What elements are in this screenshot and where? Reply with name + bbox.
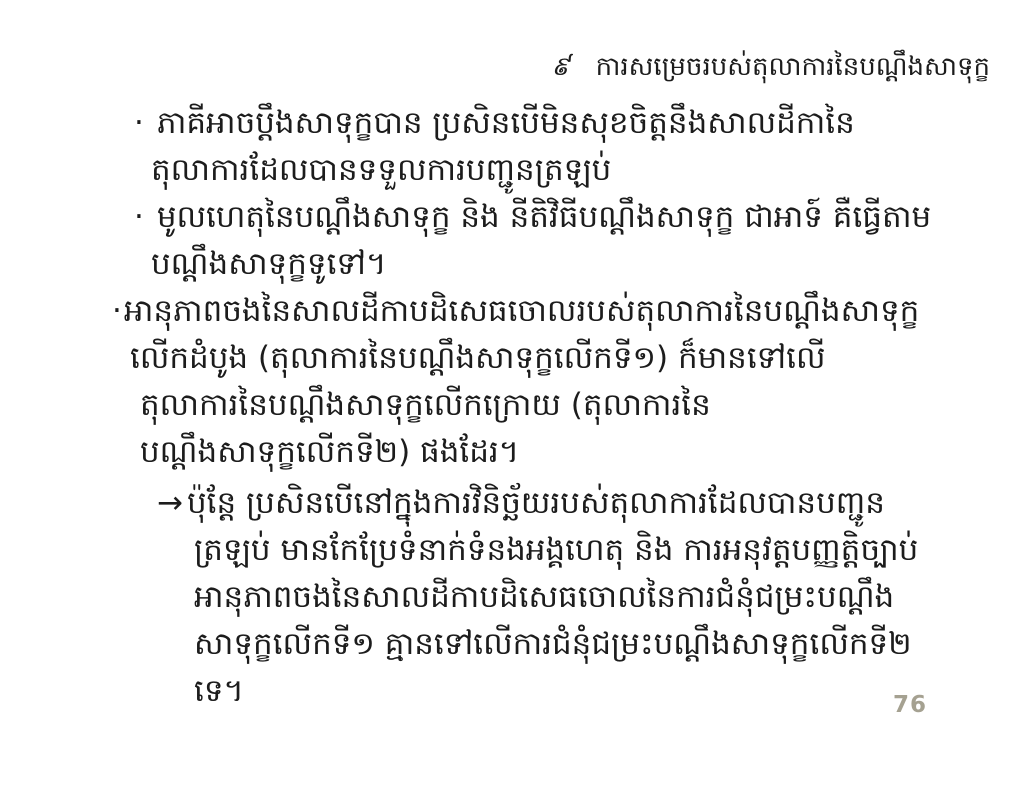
bullet-dot-icon: · — [112, 293, 122, 329]
bullet-line: តុលាការនៃបណ្ដឹងសាទុក្ខលើកក្រោយ (តុលាការន… — [112, 382, 972, 429]
note-text: ប៉ុន្តែ ប្រសិនបើនៅក្នុងការវិនិច្ឆ័យរបស់ត… — [187, 485, 885, 521]
slide-body: ·ភាគីអាចប្ដឹងសាទុក្ខបាន ប្រសិនបើមិនសុខចិ… — [112, 100, 972, 715]
note-paragraph: →ប៉ុន្តែ ប្រសិនបើនៅក្នុងការវិនិច្ឆ័យរបស់… — [112, 480, 972, 715]
bullet-line: បណ្ដឹងសាទុក្ខលើកទី២) ផងដែរ។ — [112, 429, 972, 476]
bullet-dot-icon: · — [134, 199, 144, 235]
note-line: អានុភាពចងនៃសាលដីកាបដិសេធចោលនៃការជំនុំជម្… — [112, 574, 972, 621]
bullet-text: មូលហេតុនៃបណ្ដឹងសាទុក្ខ និង នីតិវិធីបណ្ដឹ… — [157, 199, 931, 235]
bullet-item-2: ·មូលហេតុនៃបណ្ដឹងសាទុក្ខ និង នីតិវិធីបណ្ដ… — [112, 194, 972, 288]
bullet-line: តុលាការដែលបានទទួលការបញ្ជូនត្រឡប់ — [112, 147, 972, 194]
bullet-item-1: ·ភាគីអាចប្ដឹងសាទុក្ខបាន ប្រសិនបើមិនសុខចិ… — [112, 100, 972, 194]
title-number: ៩ — [551, 52, 569, 82]
note-line: ទេ។ — [112, 668, 972, 715]
bullet-line: ·អានុភាពចងនៃសាលដីកាបដិសេធចោលរបស់តុលាការន… — [112, 288, 972, 335]
bullet-item-3: ·អានុភាពចងនៃសាលដីកាបដិសេធចោលរបស់តុលាការន… — [112, 288, 972, 476]
note-line: →ប៉ុន្តែ ប្រសិនបើនៅក្នុងការវិនិច្ឆ័យរបស់… — [112, 480, 972, 527]
bullet-line: ·ភាគីអាចប្ដឹងសាទុក្ខបាន ប្រសិនបើមិនសុខចិ… — [112, 100, 972, 147]
note-line: សាទុក្ខលើកទី១ គ្មានទៅលើការជំនុំជម្រះបណ្ដ… — [112, 621, 972, 668]
slide: ៩ការសម្រេចរបស់តុលាការនៃបណ្ដឹងសាទុក្ខ ·ភា… — [0, 0, 1024, 791]
bullet-text: ភាគីអាចប្ដឹងសាទុក្ខបាន ប្រសិនបើមិនសុខចិត… — [157, 105, 855, 141]
bullet-text: អានុភាពចងនៃសាលដីកាបដិសេធចោលរបស់តុលាការនៃ… — [124, 293, 919, 329]
note-line: ត្រឡប់ មានកែប្រែទំនាក់ទំនងអង្គហេតុ និង ក… — [112, 527, 972, 574]
bullet-line: លើកដំបូង (តុលាការនៃបណ្ដឹងសាទុក្ខលើកទី១) … — [112, 335, 972, 382]
arrow-right-icon: → — [157, 485, 183, 521]
slide-title: ៩ការសម្រេចរបស់តុលាការនៃបណ្ដឹងសាទុក្ខ — [551, 42, 990, 92]
title-text: ការសម្រេចរបស់តុលាការនៃបណ្ដឹងសាទុក្ខ — [596, 52, 990, 82]
bullet-dot-icon: · — [134, 105, 144, 141]
bullet-line: បណ្ដឹងសាទុក្ខទូទៅ។ — [112, 241, 972, 288]
page-number: 76 — [893, 692, 927, 718]
bullet-line: ·មូលហេតុនៃបណ្ដឹងសាទុក្ខ និង នីតិវិធីបណ្ដ… — [112, 194, 972, 241]
